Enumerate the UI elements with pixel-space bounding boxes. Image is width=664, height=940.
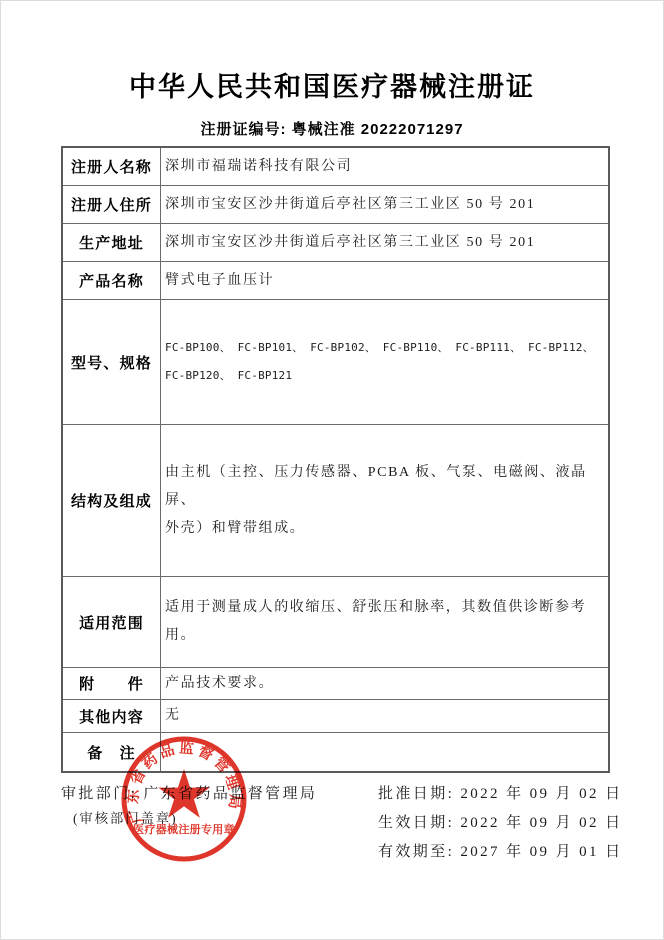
field-label: 注册人名称 [63,148,161,185]
approval-date-label: 批准日期: [378,786,460,802]
field-value: 深圳市宝安区沙井街道后亭社区第三工业区 50 号 201 [161,186,608,223]
field-value: FC-BP100、 FC-BP101、 FC-BP102、 FC-BP110、 … [161,300,608,424]
field-value: 产品技术要求。 [161,668,608,699]
field-label: 结构及组成 [63,425,161,576]
field-value: 无 [161,700,608,732]
table-row-structure-composition: 结构及组成 由主机（主控、压力传感器、PCBA 板、气泵、电磁阀、液晶屏、 外壳… [63,425,608,577]
cert-number-line: 注册证编号: 粤械注准 20222071297 [1,118,663,139]
table-row-registrant-name: 注册人名称 深圳市福瑞诺科技有限公司 [63,148,608,186]
field-value: 臂式电子血压计 [161,262,608,299]
field-value: 由主机（主控、压力传感器、PCBA 板、气泵、电磁阀、液晶屏、 外壳）和臂带组成… [161,425,608,576]
effective-date-value: 2022 年 09 月 02 日 [460,815,622,831]
date-block: 批准日期: 2022 年 09 月 02 日 生效日期: 2022 年 09 月… [378,780,622,867]
field-label: 注册人住所 [63,186,161,223]
field-value: 深圳市宝安区沙井街道后亭社区第三工业区 50 号 201 [161,224,608,261]
table-row-product-name: 产品名称 臂式电子血压计 [63,262,608,300]
field-label: 适用范围 [63,577,161,667]
expiry-date-line: 有效期至: 2027 年 09 月 01 日 [378,838,622,867]
table-row-scope-of-application: 适用范围 适用于测量成人的收缩压、舒张压和脉率，其数值供诊断参考 用。 [63,577,608,668]
official-seal-stamp: 广东省药品监督管理局 医疗器械注册专用章 [114,729,254,869]
stamp-bottom-text: 医疗器械注册专用章 [133,822,235,836]
effective-date-line: 生效日期: 2022 年 09 月 02 日 [378,809,622,838]
approval-date-value: 2022 年 09 月 02 日 [460,786,622,802]
certificate-table: 注册人名称 深圳市福瑞诺科技有限公司 注册人住所 深圳市宝安区沙井街道后亭社区第… [61,146,610,773]
cert-number-value: 粤械注准 20222071297 [292,121,464,138]
table-row-production-address: 生产地址 深圳市宝安区沙井街道后亭社区第三工业区 50 号 201 [63,224,608,262]
effective-date-label: 生效日期: [378,815,460,831]
field-label: 其他内容 [63,700,161,732]
expiry-date-value: 2027 年 09 月 01 日 [460,844,622,860]
table-row-model-spec: 型号、规格 FC-BP100、 FC-BP101、 FC-BP102、 FC-B… [63,300,608,425]
approval-date-line: 批准日期: 2022 年 09 月 02 日 [378,780,622,809]
field-value: 深圳市福瑞诺科技有限公司 [161,148,608,185]
page-title: 中华人民共和国医疗器械注册证 [1,65,663,104]
expiry-date-label: 有效期至: [378,844,460,860]
certificate-page: 中华人民共和国医疗器械注册证 注册证编号: 粤械注准 20222071297 注… [0,0,664,940]
cert-number-label: 注册证编号: [200,121,291,138]
table-row-registrant-address: 注册人住所 深圳市宝安区沙井街道后亭社区第三工业区 50 号 201 [63,186,608,224]
table-row-attachment: 附 件 产品技术要求。 [63,668,608,700]
field-label: 产品名称 [63,262,161,299]
field-label: 生产地址 [63,224,161,261]
field-label: 型号、规格 [63,300,161,424]
field-value: 适用于测量成人的收缩压、舒张压和脉率，其数值供诊断参考 用。 [161,577,608,667]
field-label: 附 件 [63,668,161,699]
star-icon [158,769,209,818]
